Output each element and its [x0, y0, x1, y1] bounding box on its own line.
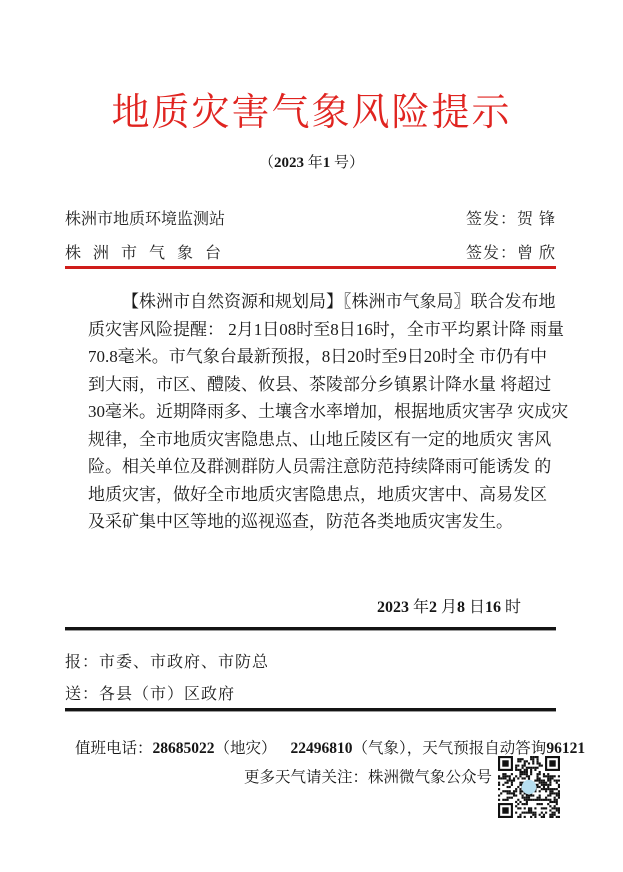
signer-name-1: 贺 锋	[517, 211, 556, 228]
body-line: 质灾害风险提醒： 2月1日08时至8日16时，全市平均累计降 雨量	[88, 316, 548, 344]
signer-2: 签发：曾 欣	[466, 240, 556, 263]
date-hour: 16	[485, 599, 501, 616]
date-month: 2	[429, 599, 437, 616]
sign-label-2: 签发：	[466, 245, 517, 262]
phone-label-geology: （地灾）	[215, 740, 277, 757]
date-hour-label: 时	[501, 599, 521, 616]
body-line: 70.8毫米。市气象台最新预报，8日20时至9日20时全 市仍有中	[88, 343, 548, 371]
org-name-meteorology: 株洲市气象台	[65, 240, 233, 263]
body-paragraph: 【株洲市自然资源和规划局】〖株洲市气象局〗联合发布地 质灾害风险提醒： 2月1日…	[88, 288, 548, 536]
org-name-geology: 株洲市地质环境监测站	[65, 206, 225, 229]
phone-number-weather: 22496810	[291, 740, 353, 757]
letterhead-row-2: 株洲市气象台 签发：曾 欣	[65, 240, 556, 263]
hotline-line: 值班电话：28685022（地灾）22496810（气象），天气预报自动答询96…	[75, 736, 565, 758]
phone-number-forecast: 96121	[546, 740, 585, 757]
signer-name-2: 曾 欣	[517, 245, 556, 262]
issue-num-label: 号）	[330, 155, 364, 171]
signer-1: 签发：贺 锋	[466, 206, 556, 229]
qr-code-svg	[497, 756, 561, 818]
issue-year: 2023	[274, 155, 304, 171]
hotline-mid-text: ，天气预报自动答询	[407, 740, 547, 757]
body-line: 到大雨，市区、醴陵、攸县、茶陵部分乡镇累计降水量 将超过	[88, 371, 548, 399]
body-line: 30毫米。近期降雨多、土壤含水率增加，根据地质灾害孕 灾成灾	[88, 398, 548, 426]
issue-date: 2023 年2 月8 日16 时	[65, 594, 521, 617]
black-divider-2	[65, 708, 556, 712]
body-line: 险。相关单位及群测群防人员需注意防范持续降雨可能诱发 的	[88, 453, 548, 481]
document-page: 地质灾害气象风险提示 （2023 年1 号） 株洲市地质环境监测站 签发：贺 锋…	[0, 0, 623, 872]
qr-code-icon	[497, 756, 561, 818]
follow-us-line: 更多天气请关注：株洲微气象公众号	[0, 765, 492, 787]
doc-title: 地质灾害气象风险提示	[0, 90, 623, 138]
red-divider	[65, 266, 556, 269]
body-line: 规律，全市地质灾害隐患点、山地丘陵区有一定的地质灾 害风	[88, 426, 548, 454]
body-line: 及采矿集中区等地的巡视巡查，防范各类地质灾害发生。	[88, 508, 548, 536]
body-line: 地质灾害，做好全市地质灾害隐患点，地质灾害中、高易发区	[88, 481, 548, 509]
body-line: 【株洲市自然资源和规划局】〖株洲市气象局〗联合发布地	[88, 288, 548, 316]
date-year-label: 年	[409, 599, 429, 616]
date-year: 2023	[377, 599, 409, 616]
black-divider-1	[65, 627, 556, 631]
letterhead: 株洲市地质环境监测站 签发：贺 锋 株洲市气象台 签发：曾 欣	[65, 206, 556, 274]
report-to-line: 报：市委、市政府、市防总	[65, 649, 269, 672]
hotline-label: 值班电话：	[75, 740, 153, 757]
send-to-line: 送：各县（市）区政府	[65, 681, 235, 704]
issue-open: （	[259, 155, 274, 171]
sign-label-1: 签发：	[466, 211, 517, 228]
letterhead-row-1: 株洲市地质环境监测站 签发：贺 锋	[65, 206, 556, 229]
phone-label-weather: （气象）	[353, 740, 407, 757]
date-month-label: 月	[437, 599, 457, 616]
issue-year-label: 年	[304, 155, 323, 171]
date-day-label: 日	[465, 599, 485, 616]
date-day: 8	[457, 599, 465, 616]
issue-number: （2023 年1 号）	[0, 151, 623, 172]
phone-number-geology: 28685022	[153, 740, 215, 757]
